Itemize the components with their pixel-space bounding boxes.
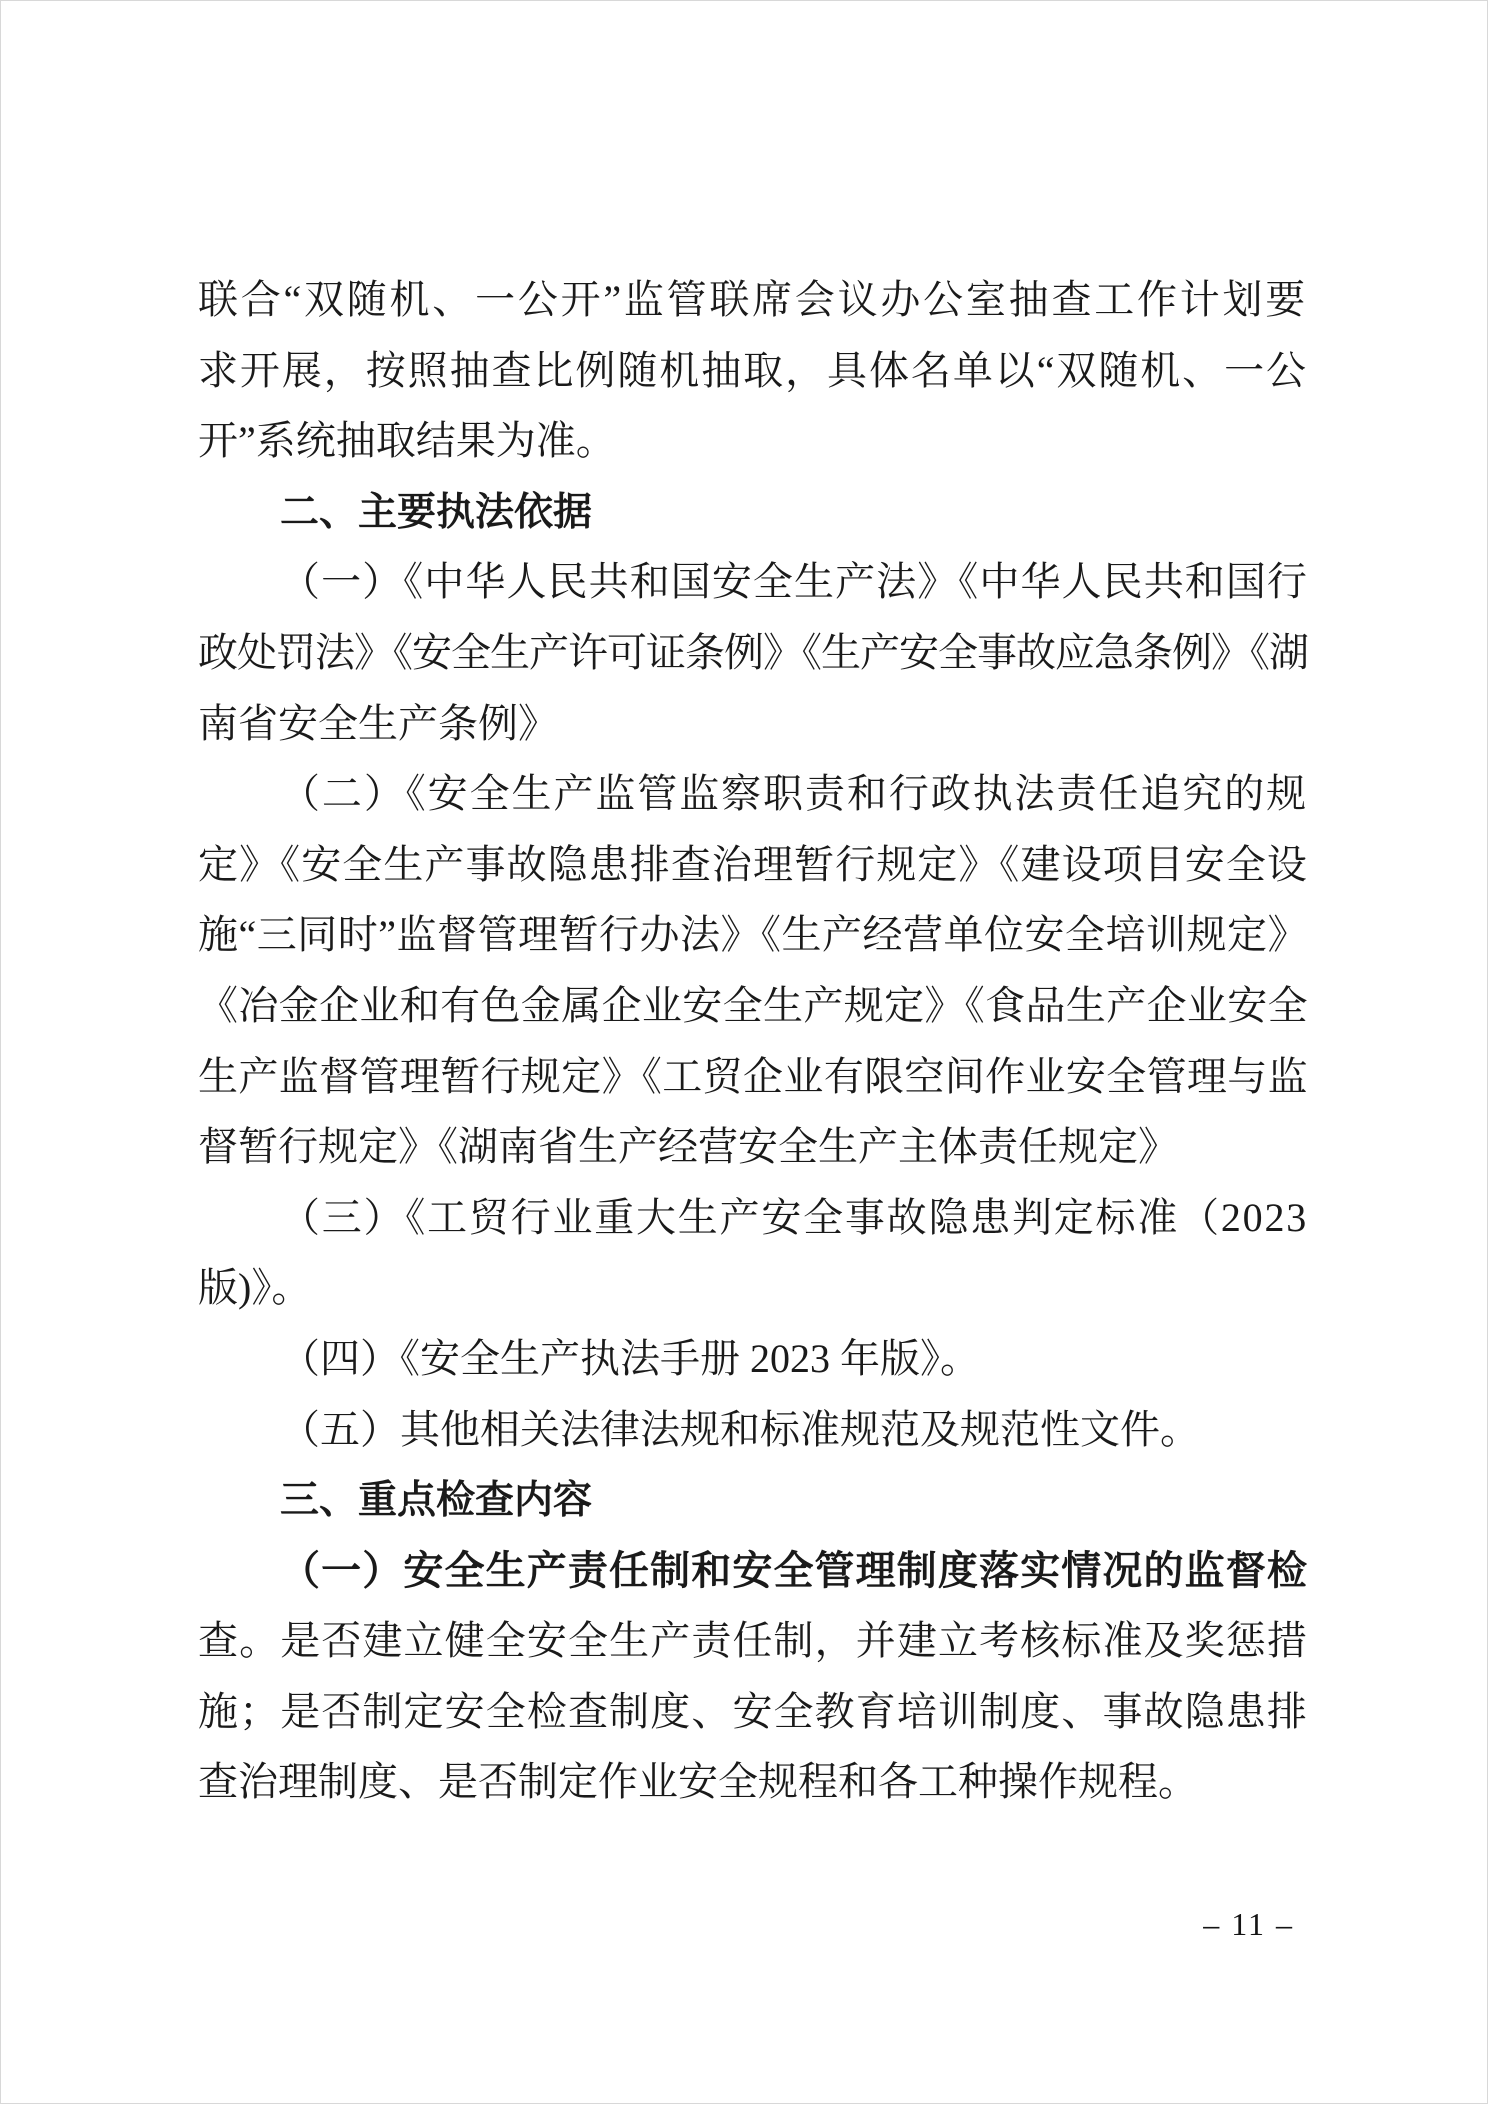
document-page: 联合“双随机、一公开”监管联席会议办公室抽查工作计划要求开展，按照抽查比例随机抽…: [0, 0, 1488, 2104]
subsection-heading: （一）安全生产责任制和安全管理制度落实情况的监督检: [198, 1536, 1308, 1607]
text-line: 施；是否制定安全检查制度、安全教育培训制度、事故隐患排: [198, 1677, 1308, 1748]
text-line: 求开展，按照抽查比例随机抽取，具体名单以“双随机、一公: [198, 336, 1308, 407]
text-line: （四）《安全生产执法手册 2023 年版》。: [198, 1324, 1308, 1395]
text-line: 施“三同时”监督管理暂行办法》《生产经营单位安全培训规定》: [198, 900, 1308, 971]
text-line: 政处罚法》《安全生产许可证条例》《生产安全事故应急条例》《湖: [198, 618, 1308, 689]
text-line: （一）《中华人民共和国安全生产法》《中华人民共和国行: [198, 547, 1308, 618]
text-line: 《冶金企业和有色金属企业安全生产规定》《食品生产企业安全: [198, 971, 1308, 1042]
text-line: 定》《安全生产事故隐患排查治理暂行规定》《建设项目安全设: [198, 830, 1308, 901]
text-line: （二）《安全生产监管监察职责和行政执法责任追究的规: [198, 759, 1308, 830]
section-heading: 二、主要执法依据: [198, 477, 1308, 548]
text-line: 督暂行规定》《湖南省生产经营安全生产主体责任规定》: [198, 1112, 1308, 1183]
text-line: 南省安全生产条例》: [198, 689, 1308, 760]
text-line: 查治理制度、是否制定作业安全规程和各工种操作规程。: [198, 1747, 1308, 1818]
page-number: – 11 –: [1203, 1904, 1294, 1944]
text-line: 开”系统抽取结果为准。: [198, 406, 1308, 477]
text-line: （五）其他相关法律法规和标准规范及规范性文件。: [198, 1395, 1308, 1466]
text-line: （三）《工贸行业重大生产安全事故隐患判定标准（2023: [198, 1183, 1308, 1254]
text-line: 查。是否建立健全安全生产责任制，并建立考核标准及奖惩措: [198, 1606, 1308, 1677]
section-heading: 三、重点检查内容: [198, 1465, 1308, 1536]
text-line: 版)》。: [198, 1253, 1308, 1324]
document-body: 联合“双随机、一公开”监管联席会议办公室抽查工作计划要求开展，按照抽查比例随机抽…: [198, 265, 1308, 1818]
text-line: 生产监督管理暂行规定》《工贸企业有限空间作业安全管理与监: [198, 1042, 1308, 1113]
text-line: 联合“双随机、一公开”监管联席会议办公室抽查工作计划要: [198, 265, 1308, 336]
